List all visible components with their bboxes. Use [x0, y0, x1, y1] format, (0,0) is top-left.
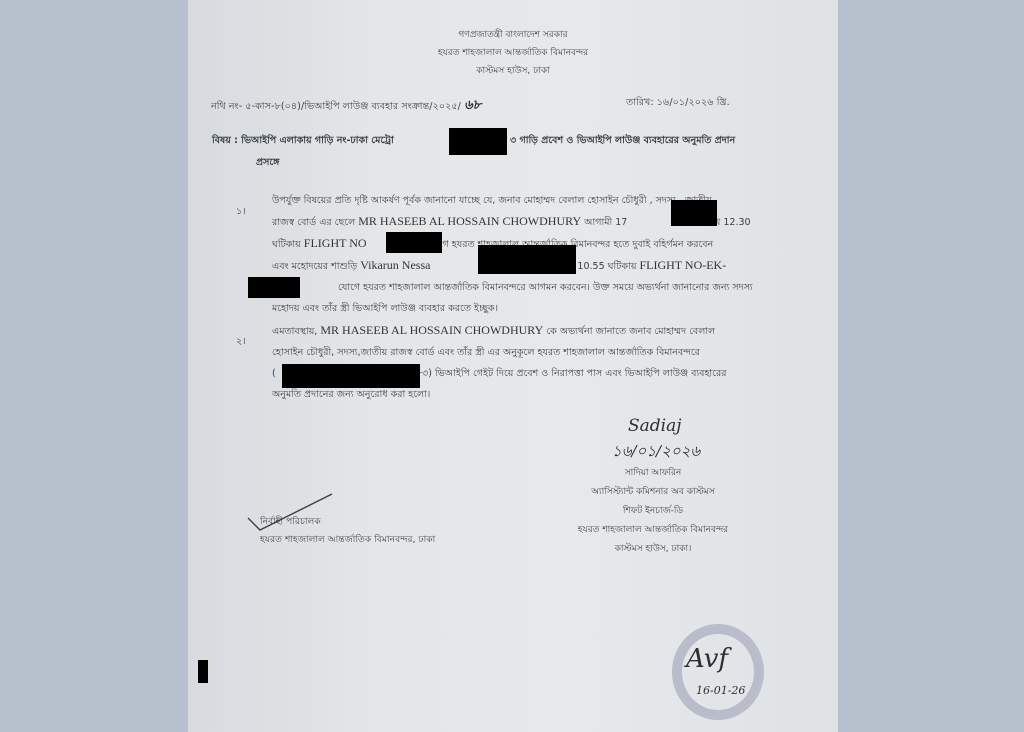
mother-in-law-name: Vikarun Nessa: [360, 258, 430, 272]
subject-label: বিষয় :: [212, 135, 238, 146]
signatory-office: হযরত শাহজালাল আন্তর্জাতিক বিমানবন্দর: [528, 521, 778, 540]
recipient-title: নির্বাহী পরিচালক: [260, 514, 321, 529]
letterhead: গণপ্রজাতন্ত্রী বাংলাদেশ সরকার হযরত শাহজা…: [188, 26, 838, 80]
redaction-vehicle-number: [449, 128, 507, 155]
handwritten-sign-date: ১৬/০১/২০২৬: [612, 440, 700, 465]
subject-line-continued: ৩ গাড়ি প্রবেশ ও ভিআইপি লাউঞ্জ ব্যবহারের…: [510, 134, 735, 149]
redaction-mark: [198, 660, 208, 683]
subject-line-2: প্রসঙ্গে: [256, 156, 279, 171]
redaction-vehicle-reference: [282, 364, 420, 388]
official-seal: Avf 16-01-26: [672, 624, 764, 720]
seal-signature: Avf: [686, 644, 728, 674]
signatory-address: কাস্টমস হাউস, ঢাকা।: [528, 540, 778, 559]
signatory-role: শিফট ইনচার্জ-ডি: [528, 502, 778, 521]
paragraph-2: এমতাবস্থায়, MR HASEEB AL HOSSAIN CHOWDH…: [272, 320, 726, 405]
seal-date: 16-01-26: [696, 684, 745, 697]
handwritten-reference: ৬৮: [464, 98, 481, 113]
letterhead-office: কাস্টমস হাউস, ঢাকা: [188, 62, 838, 80]
letterhead-government: গণপ্রজাতন্ত্রী বাংলাদেশ সরকার: [188, 26, 838, 44]
paragraph-2-number: ২।: [236, 335, 246, 350]
signatory-title: অ্যাসিস্ট্যান্ট কমিশনার অব কাস্টমস: [528, 483, 778, 502]
name-latin: MR HASEEB AL HOSSAIN CHOWDHURY: [358, 214, 581, 228]
handwritten-signature: Sadiaj: [628, 416, 682, 436]
subject-line: বিষয় : ভিআইপি এলাকায় গাড়ি নং-ঢাকা মেট…: [212, 134, 394, 149]
redaction-arrival-info: [478, 245, 576, 274]
letterhead-airport: হযরত শাহজালাল আন্তর্জাতিক বিমানবন্দর: [188, 44, 838, 62]
document-page: গণপ্রজাতন্ত্রী বাংলাদেশ সরকার হযরত শাহজা…: [188, 0, 838, 732]
document-date: তারিখ: ১৬/০১/২০২৬ খ্রি.: [626, 96, 730, 111]
redaction-date: [671, 200, 717, 226]
signatory-name: সাদিয়া আফরিন: [528, 464, 778, 483]
signatory-block: সাদিয়া আফরিন অ্যাসিস্ট্যান্ট কমিশনার অব…: [528, 464, 778, 559]
paragraph-1-number: ১।: [236, 205, 246, 220]
recipient-office: হযরত শাহজালাল আন্তর্জাতিক বিমানবন্দর, ঢা…: [260, 532, 435, 547]
redaction-flight-number: [386, 232, 442, 253]
reference-number: নথি নং- ৫-কাস-৮(০৪)/ভিআইপি লাউঞ্জ ব্যবহা…: [211, 96, 481, 117]
redaction-flight-number-2: [248, 277, 300, 298]
